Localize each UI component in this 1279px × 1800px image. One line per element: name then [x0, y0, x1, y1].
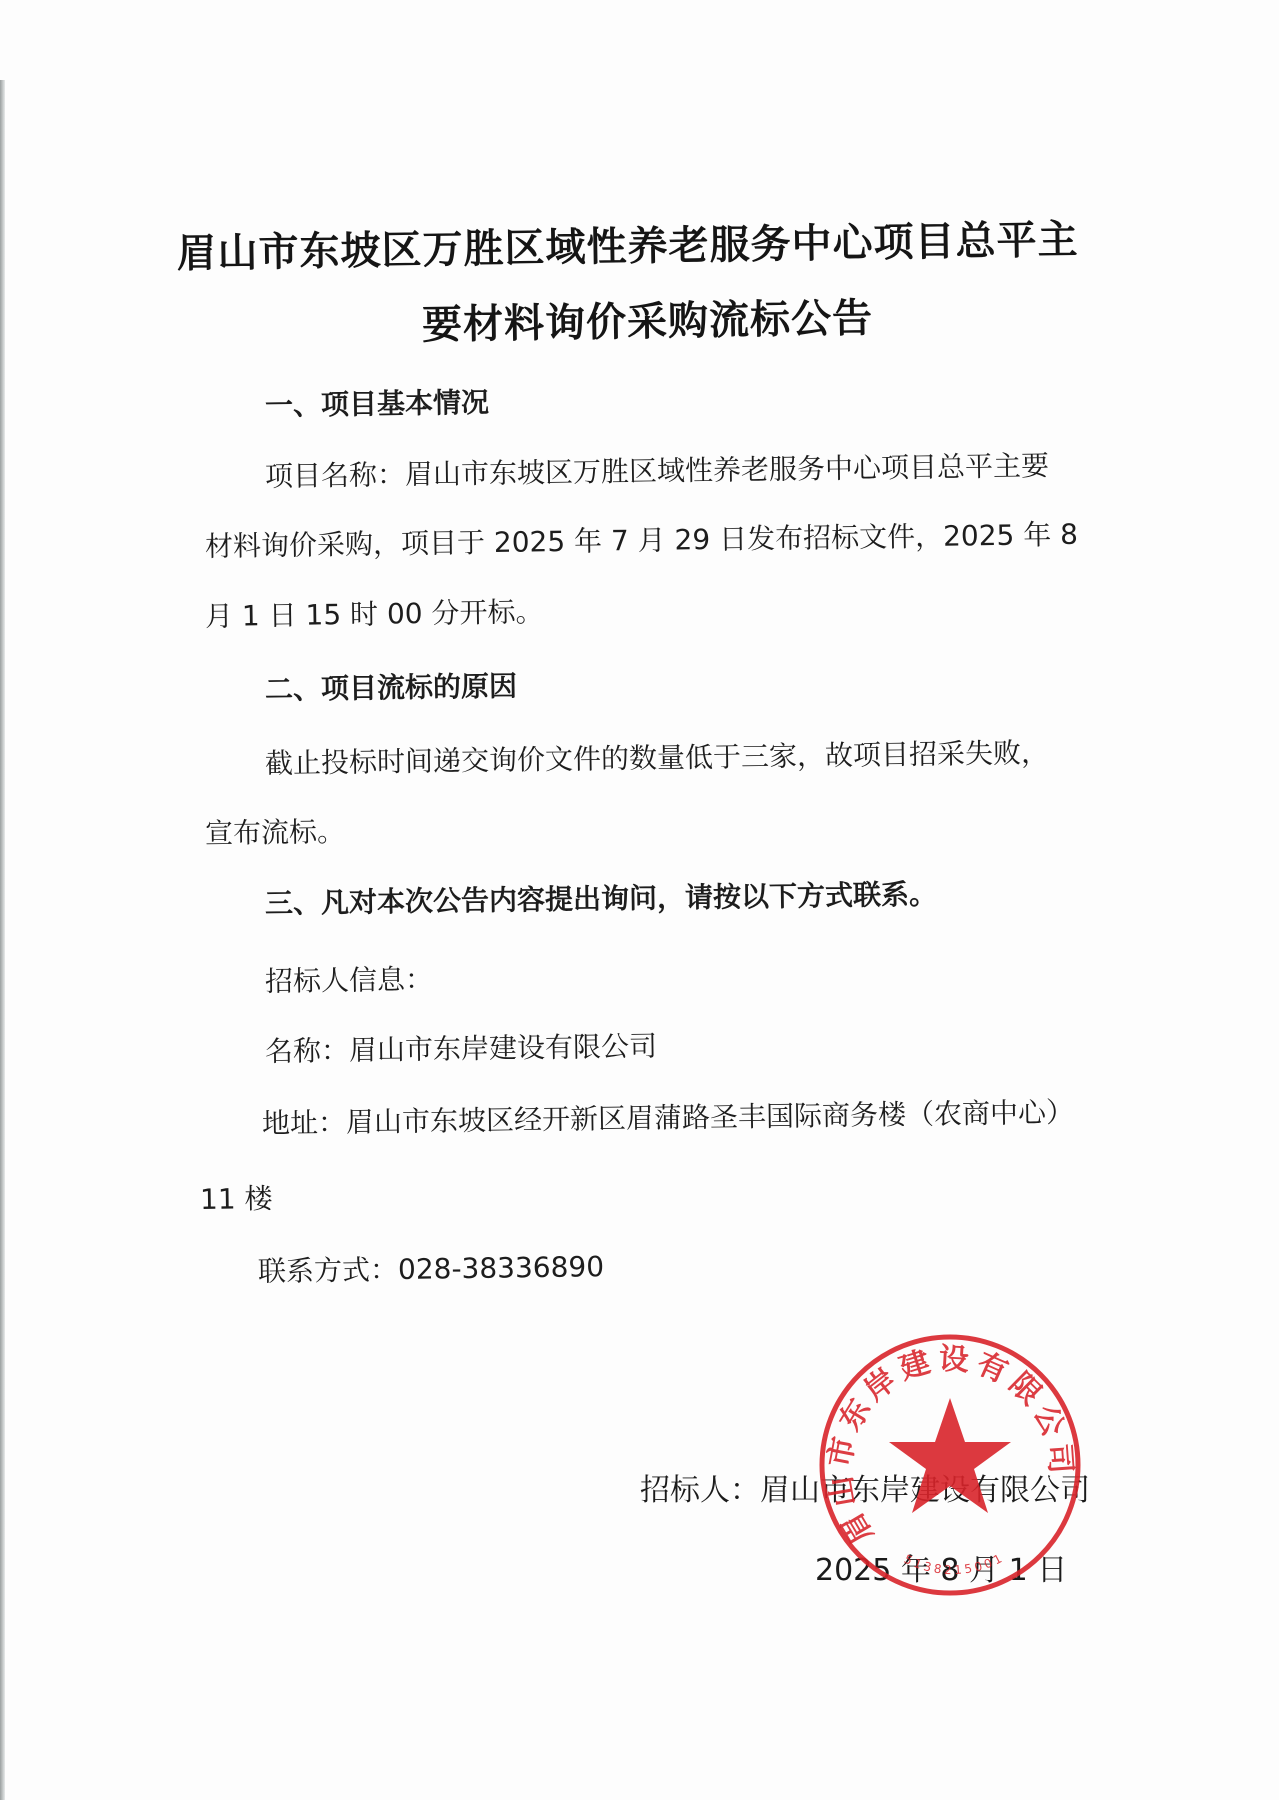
section-1-heading: 一、项目基本情况: [265, 381, 490, 424]
section-2-line-2: 宣布流标。: [205, 810, 346, 852]
svg-text:5138215001: 5138215001: [902, 1550, 1007, 1577]
section-1-line-2: 材料询价采购，项目于 2025 年 7 月 29 日发布招标文件，2025 年 …: [205, 513, 1078, 565]
tenderer-address-line-2: 11 楼: [200, 1177, 273, 1218]
company-seal-stamp: 眉山市东岸建设有限公司 5138215001: [815, 1330, 1085, 1600]
section-1-line-3: 月 1 日 15 时 00 分开标。: [205, 590, 544, 635]
seal-serial: 5138215001: [902, 1550, 1007, 1577]
document-title-line-1: 眉山市东坡区万胜区域性养老服务中心项目总平主: [0, 205, 1267, 282]
section-2-heading: 二、项目流标的原因: [265, 664, 518, 708]
tenderer-name: 名称：眉山市东岸建设有限公司: [265, 1025, 658, 1070]
document-title-line-2: 要材料询价采购流标公告: [8, 280, 1279, 357]
tenderer-info-label: 招标人信息：: [265, 958, 434, 1000]
tenderer-contact: 联系方式：028-38336890: [258, 1245, 605, 1290]
tenderer-address-line-1: 地址：眉山市东坡区经开新区眉蒲路圣丰国际商务楼（农商中心）: [262, 1091, 1074, 1142]
section-2-line-1: 截止投标时间递交询价文件的数量低于三家，故项目招采失败，: [265, 731, 1049, 782]
section-3-heading: 三、凡对本次公告内容提出询问，请按以下方式联系。: [265, 873, 938, 922]
page-edge-shadow: [0, 80, 5, 1800]
section-1-line-1: 项目名称：眉山市东坡区万胜区域性养老服务中心项目总平主要: [265, 444, 1049, 495]
seal-star-icon: [889, 1398, 1011, 1513]
